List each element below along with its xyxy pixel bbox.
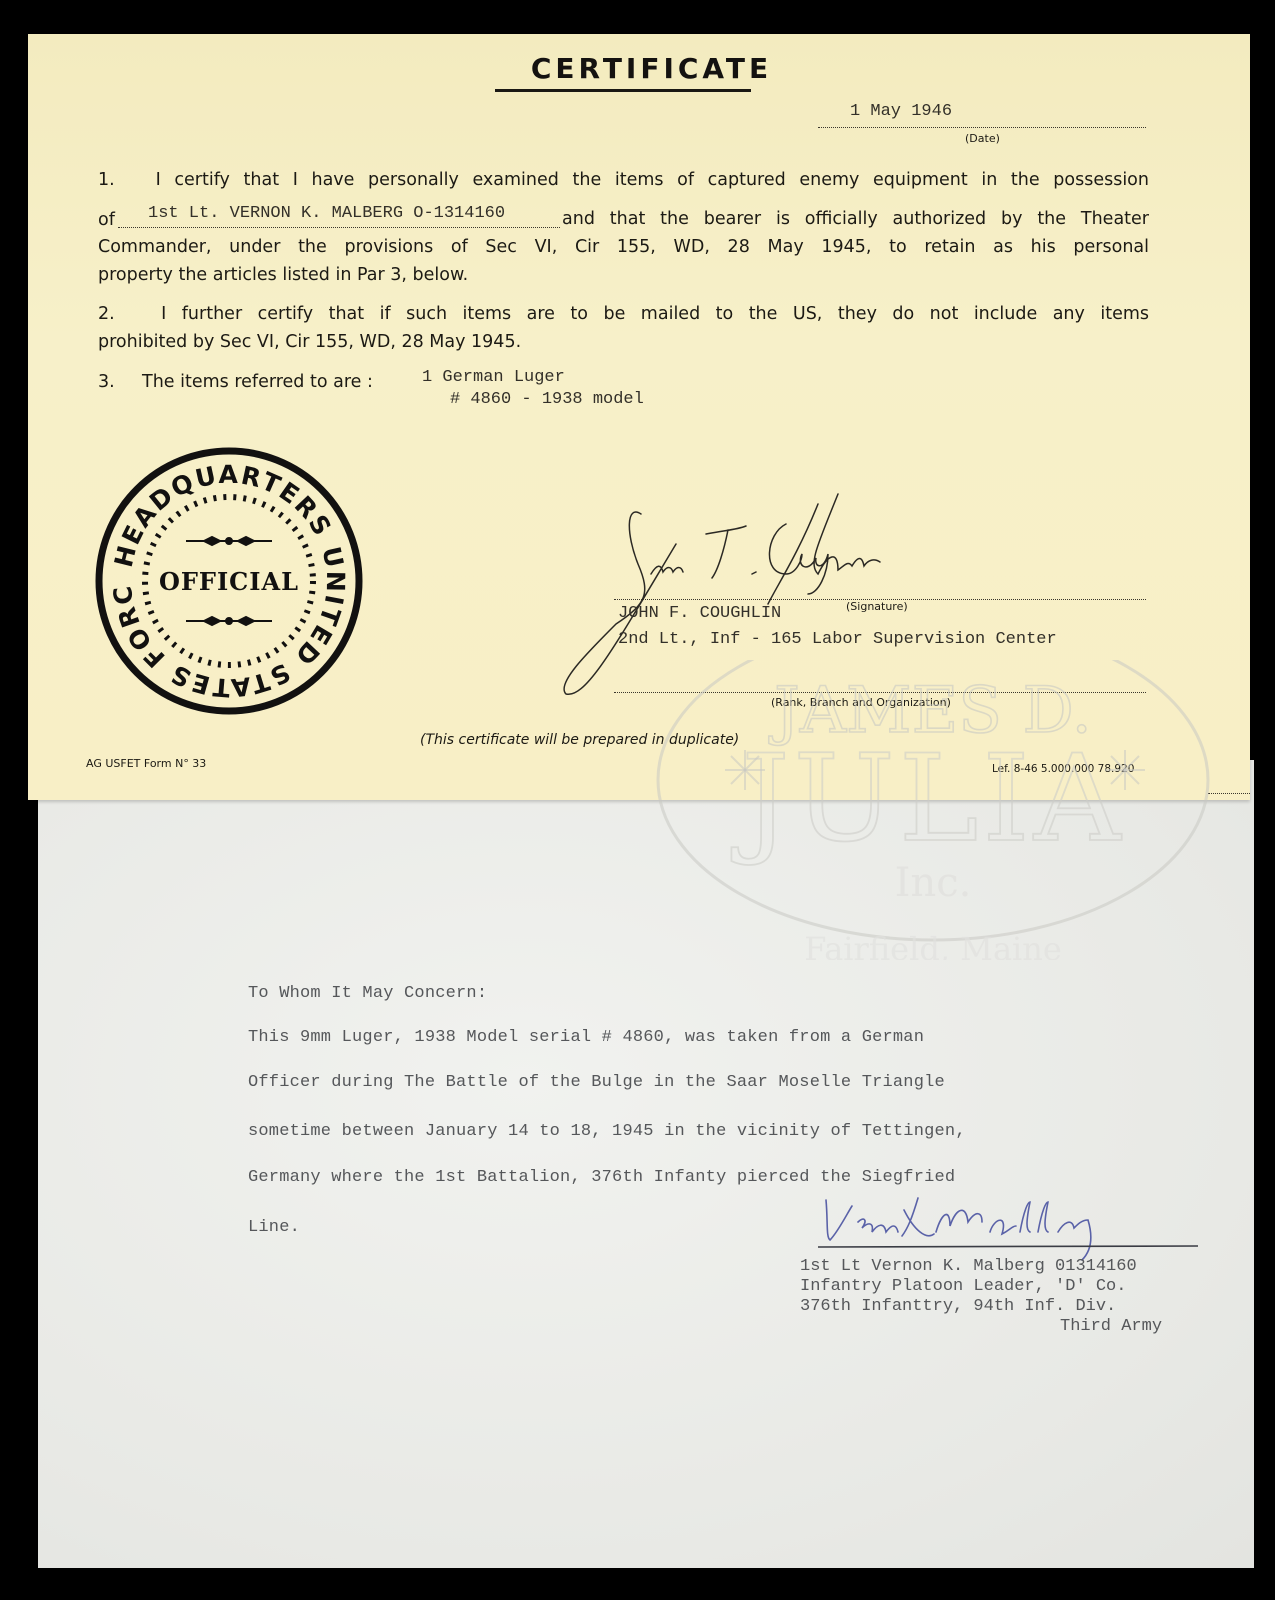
para2-line2: prohibited by Sec VI, Cir 155, WD, 28 Ma… <box>98 332 521 352</box>
possessor-line <box>118 227 560 228</box>
para3-label: The items referred to are : <box>142 372 373 392</box>
para1-of-label: of <box>98 210 115 230</box>
possessor-name: 1st Lt. VERNON K. MALBERG O-1314160 <box>148 204 505 223</box>
para2-number: 2. <box>98 304 115 324</box>
letter-line-4: Germany where the 1st Battalion, 376th I… <box>248 1168 955 1187</box>
letter-line-5: Line. <box>248 1218 300 1237</box>
item-line-2: # 4860 - 1938 model <box>450 390 644 409</box>
title-underline <box>495 89 751 92</box>
typed-signer-rank: 2nd Lt., Inf - 165 Labor Supervision Cen… <box>618 630 1057 649</box>
signature-caption: (Signature) <box>846 600 908 613</box>
para2-line1: 2. I further certify that if such items … <box>98 304 1149 324</box>
duplicate-note: (This certificate will be prepared in du… <box>420 732 739 748</box>
rank-caption: (Rank, Branch and Organization) <box>771 696 951 709</box>
para1-line4: property the articles listed in Par 3, b… <box>98 265 468 285</box>
letter-line-2: Officer during The Battle of the Bulge i… <box>248 1073 945 1092</box>
letter-salutation: To Whom It May Concern: <box>248 984 487 1003</box>
certificate-page: CERTIFICATE 1 May 1946 (Date) 1. I certi… <box>28 34 1250 800</box>
handwritten-signature <box>556 494 956 694</box>
date-value: 1 May 1946 <box>850 102 952 121</box>
letter-line-3: sometime between January 14 to 18, 1945 … <box>248 1122 966 1141</box>
letter-line-1: This 9mm Luger, 1938 Model serial # 4860… <box>248 1028 924 1047</box>
signature-army-line: Third Army <box>800 1317 1162 1337</box>
edge-dotted-line <box>1208 793 1250 794</box>
stamp-center-text: OFFICIAL <box>159 567 299 596</box>
rank-line <box>614 692 1146 693</box>
para3-number: 3. <box>98 372 115 392</box>
form-number: AG USFET Form N° 33 <box>86 757 206 770</box>
letter-signature-block: 1st Lt Vernon K. Malberg 01314160 Infant… <box>800 1257 1162 1337</box>
print-code: Lef. 8-46 5.000.000 78.920 <box>992 763 1134 775</box>
signature-unit-line: 376th Infanttry, 94th Inf. Div. <box>800 1297 1162 1317</box>
para1-line1: 1. I certify that I have personally exam… <box>98 170 1149 190</box>
date-line <box>818 127 1146 128</box>
para1-line3: Commander, under the provisions of Sec V… <box>98 237 1149 257</box>
para1-line2: and that the bearer is officially author… <box>562 209 1149 229</box>
certificate-title: CERTIFICATE <box>28 52 1275 85</box>
item-line-1: 1 German Luger <box>422 368 565 387</box>
typed-signer-name: JOHN F. COUGHLIN <box>618 604 781 623</box>
letter-page: To Whom It May Concern: This 9mm Luger, … <box>38 760 1254 1568</box>
date-caption: (Date) <box>965 132 1000 145</box>
signature-title-line: Infantry Platoon Leader, 'D' Co. <box>800 1277 1162 1297</box>
official-seal-stamp: HEADQUARTERS UNITED STATES FORCES EUROPE… <box>94 446 364 716</box>
signature-name-line: 1st Lt Vernon K. Malberg 01314160 <box>800 1257 1162 1277</box>
letter-handwritten-signature <box>808 1192 1198 1252</box>
para1-number: 1. <box>98 170 115 190</box>
